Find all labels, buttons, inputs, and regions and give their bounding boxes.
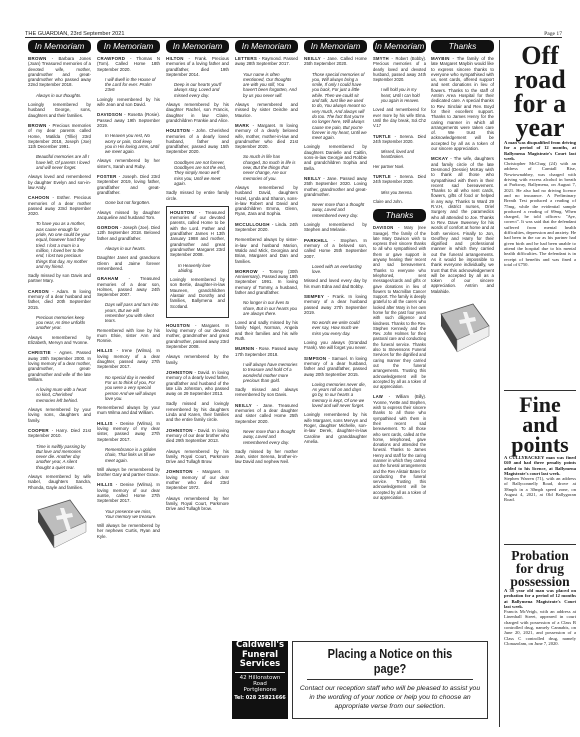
headline: Off road for a year <box>504 44 576 140</box>
notice: MARK - Margaret. In loving memory of a d… <box>235 123 298 217</box>
notice-name: MORROW <box>235 269 258 274</box>
notice-signature: Lovingly remembered by daughters Daniell… <box>304 144 367 170</box>
notice-signature: Always remembered by his daughter Rachel… <box>166 102 229 123</box>
story-lead: A CULLYBACKEY man was fined £60 and had … <box>504 455 576 476</box>
notice: CHRISTIE - Agnes. Passed away 20th Septe… <box>28 350 91 423</box>
section-banner: In Memoriam <box>166 40 229 53</box>
section-banner: Thanks <box>431 40 494 53</box>
notice-verse: Beautiful memories are all I have left, … <box>28 154 91 170</box>
column-divider <box>499 40 500 727</box>
news-story-fine-and-points: Fine and points A CULLYBACKEY man was fi… <box>504 386 576 503</box>
divider <box>504 390 576 391</box>
notice-name: HILTON <box>166 56 184 61</box>
notice: CRAWFORD - Thomas N (Tom). Called Home 1… <box>97 56 160 107</box>
notice-verse: Those special memories of you, Will alwa… <box>304 72 367 141</box>
notice-signature: Sadly missed and lovingly remembered by … <box>166 401 229 422</box>
notice-signature: Always remembered by her family, Royal C… <box>166 496 229 512</box>
ad-address: 42 Hillonstown <box>235 675 285 681</box>
section-banner: Thanks <box>373 209 426 222</box>
notice-name: COOPER <box>28 428 49 433</box>
notice-verse: Goodbyes are not forever, Goodbyes are n… <box>166 160 229 186</box>
notice-signature: Always remembered by the family. <box>166 354 229 365</box>
notice-signature: Sadly missed by son Davis and partner Ma… <box>28 273 91 284</box>
bible-icon <box>30 496 90 552</box>
notice-name: MAYBIN <box>431 56 450 61</box>
section-banner: In Memoriam <box>235 40 298 53</box>
ad-name: Services <box>232 660 288 670</box>
column-in-memoriam-2: In MemoriamCRAWFORD - Thomas N (Tom). Ca… <box>97 40 160 544</box>
divider <box>504 544 576 545</box>
notice-verse: Time is swiftly passing by But love and … <box>28 444 91 470</box>
notice-verse: Never more than a thought away, Loved an… <box>304 202 367 218</box>
notice: BROWN - Barbara Jones (Joan) Treasured m… <box>28 56 91 118</box>
notice-verse: No words we write could ever say, How mu… <box>304 320 367 336</box>
notice-name: MCKAY <box>431 156 448 161</box>
notice-name: TURTLE <box>373 134 391 139</box>
notice-verse: So much in life has changed, So much in … <box>235 154 298 180</box>
notice: LETTERS - Raymond. Passed away 28th Sept… <box>235 56 298 118</box>
notice-name: GORDON <box>97 225 119 230</box>
notice-name: SMYTH <box>373 56 389 61</box>
notice-signature: Always remembered by her sister's, Sarah… <box>97 158 160 169</box>
notice-verse: Always in our thoughts. <box>28 93 91 98</box>
notice: HOUSTON - Margaret. In loving memory of … <box>166 323 229 365</box>
notice-signature: Lovingly remembered by his wife Margaret… <box>304 412 367 444</box>
headline: Fine and points <box>504 395 576 455</box>
notice-verse: Always in our hearts. <box>97 246 160 251</box>
notice-verse: Missed, loved and heartbroken. <box>373 149 426 160</box>
notice-name: SEMPEY <box>304 294 324 299</box>
notice: GRAHAM - Treasured memories of a dear so… <box>97 276 160 343</box>
notice-signature: Loving you always (Grandad Frank). We wi… <box>304 340 367 351</box>
notice-signature: Sadly missed by her mother Jean, sister … <box>235 449 298 465</box>
notice: HOUSTON - Treasured memories of our devo… <box>166 206 229 318</box>
notice-signature: Always missed by daughter Jacqueline and… <box>97 210 160 221</box>
ad-address: Portglenone <box>235 687 285 693</box>
notice-signature: Loved and remembered for ever more by hi… <box>373 107 426 128</box>
notice: MAYBIN - The family of the late Margaret… <box>431 56 494 151</box>
story-body: Christopher McClurg (24) with an address… <box>504 161 576 267</box>
notice-name: MURNIN <box>235 346 254 351</box>
notice-verse: Loving memories never die, As years roll… <box>304 382 367 408</box>
notice: PARKHILL - Stephen. In memory of a belov… <box>304 238 367 289</box>
notice-verse: In Heaven you rest, No worry or pain, Go… <box>97 133 160 154</box>
column-in-memoriam-1: In MemoriamBROWN - Barbara Jones (Joan) … <box>28 40 91 552</box>
notice-verse: I will dwell in the House of the Lord fo… <box>97 77 160 93</box>
notice-signature: Claire and John. <box>373 199 426 204</box>
notice-name: JOHNSTON <box>166 428 193 433</box>
notice-signature: Always remembered by Elizabeth, Mervyn a… <box>28 335 91 346</box>
notice-signature: Remembered with love by his mum Elsie, s… <box>97 328 160 344</box>
notice-verse: No longer in our lives to share, But in … <box>235 300 298 316</box>
notice-name: JOHNSTON <box>166 469 193 474</box>
notice-verse: I will hold you in my heart, Until I can… <box>373 87 426 103</box>
notice-name: CRAWFORD <box>97 56 125 61</box>
notice: NEILLY - Jane. Passed away 25th Septembe… <box>304 176 367 233</box>
story-lead: A 38 year old man was placed on probatio… <box>504 588 576 609</box>
column-in-memoriam-3: In MemoriamHILTON - Frank. Precious memo… <box>166 40 229 516</box>
notice: MCCULLOUGH - Linda. 24th September 2020.… <box>235 222 298 264</box>
notice: CAHOON - Esther. Precious memories of a … <box>28 195 91 283</box>
notice-text: - Agnes. Passed away 20th September 2000… <box>28 350 91 381</box>
notice-signature: Missed and loved every day by his mum Ed… <box>304 278 367 289</box>
notice-name: NEILLY <box>304 56 321 61</box>
notice-verse: Precious memories keep you near, As time… <box>28 315 91 331</box>
notice-signature: Lovingly remembered by Stephen and Melan… <box>304 222 367 233</box>
notice: JOHNSTON - David. In loving memory of ou… <box>166 428 229 465</box>
notice-verse: Your presence we miss, Your memory we tr… <box>97 509 160 520</box>
ad-phone: Tel: 028 25821666 <box>232 695 288 701</box>
notice-signature: Sadly missed by entire family circle. <box>166 190 229 201</box>
notice-verse: Never more than a thought away, Loved an… <box>235 429 298 445</box>
notice-name: SIMPSON <box>304 356 326 361</box>
notice-verse: No special day is needed For us to think… <box>97 375 160 401</box>
notice-verse: In Heavenly love abiding. <box>170 263 225 274</box>
news-story-probation: Probation for drug possession A 38 year … <box>504 540 576 646</box>
divider <box>307 679 473 680</box>
notice-name: CARSON <box>28 289 49 294</box>
notice-signature: Will always be remembered by her nephews… <box>97 523 160 539</box>
notice-signature: Her partner Noel. <box>373 164 426 169</box>
news-story-off-road: Off road for a year A man was disqualifi… <box>504 44 576 267</box>
notice: TURTLE - Serena. Died 24th September 202… <box>373 134 426 169</box>
story-lead: A man was disqualified from driving for … <box>504 140 576 161</box>
notice: MURNIN - Rose. Passed away 17th Septembe… <box>235 346 298 397</box>
notice-name: HOUSTON <box>166 128 190 133</box>
notice-signature: Will always be remembered by brother Gar… <box>97 467 160 478</box>
notice: HILTON - Frank. Precious memories of a l… <box>166 56 229 123</box>
notice: HILLIS - Denise (Wilma). In loving memor… <box>97 421 160 478</box>
section-banner: In Memoriam <box>28 40 91 53</box>
notice-name: HOUSTON <box>166 323 190 328</box>
notice-name: PARKHILL <box>304 238 328 243</box>
notice-text: - Mary (nee Savage). The family of the l… <box>373 225 426 389</box>
column-in-memoriam-5: In MemoriamNEILLY - Jane. Called Home 25… <box>304 40 367 449</box>
notice-verse: Loved with an everlasting love. <box>304 264 367 275</box>
page-header: THE GUARDIAN, 23rd September 2021 Page 1… <box>25 26 562 38</box>
notice: CARSON - Adam. In loving memory of a dea… <box>28 289 91 346</box>
notice-signature: Remembered always by sister-in-law and h… <box>235 237 298 263</box>
notice-verse: Miss you Serena. <box>373 190 426 195</box>
notice-name: HILLIS <box>97 348 113 353</box>
notice-name: DAVIDSON <box>97 112 122 117</box>
notice-name: GRAHAM <box>97 276 119 281</box>
notice: MCKAY - The wife, daughters and family c… <box>431 156 494 294</box>
notice-signature: Remembered always by your mum Wilma and … <box>97 405 160 416</box>
notice-name: MARK <box>235 123 249 128</box>
ad-body: Contact our reception staff who will be … <box>299 684 481 711</box>
notice-text: - Treasured memories of our devoted pare… <box>170 210 225 257</box>
notice-name: NEILLY <box>235 403 252 408</box>
notice-signature: Lovingly remembered by his wife Jean and… <box>97 97 160 108</box>
ad-title: Placing a Notice on this page? <box>313 646 468 676</box>
story-body: Francis McVeigh, with an address at Line… <box>504 609 576 646</box>
notice-verse: Deep in our hearts you'll always stay, L… <box>166 82 229 98</box>
notice-verse: A loving mum with a heart so kind, Cheri… <box>28 387 91 403</box>
notice: JOHNSTON - David. In loving memory of a … <box>166 370 229 423</box>
notice-name: BROWN <box>28 123 47 128</box>
notice-signature: Always remembered by his family, Royal C… <box>166 449 229 465</box>
notice-name: CAHOON <box>28 195 49 200</box>
notice-signature: Always loved and remembered by daughter … <box>28 174 91 190</box>
notice: GORDON - Joseph (Joe). Died 12th Septemb… <box>97 225 160 271</box>
notice-name: HOUSTON <box>170 210 194 215</box>
notice: BROWN - Precious memories of my dear par… <box>28 123 91 190</box>
notice: SIMPSON - Samuel. In loving memory of a … <box>304 356 367 444</box>
notice-name: HILLIS <box>97 482 113 487</box>
notice-signature: Always remembered by wife Isabel, daught… <box>28 474 91 490</box>
notice: NEILLY - Jane. Treasured memories of a d… <box>235 403 298 465</box>
notice: NEILLY - Jane. Called Home 25th Septembe… <box>304 56 367 171</box>
notice: SEMPEY - Frank. In loving memory of a de… <box>304 294 367 351</box>
notice-name: JOHNSTON <box>166 370 193 375</box>
notice-signature: Lovingly remembered by son Bertie, daugh… <box>170 277 225 309</box>
section-banner: In Memoriam <box>97 40 160 53</box>
story-body: Stephen Warren (71), with an address of … <box>504 476 576 502</box>
notice: DAVIDSON - Rosetta (Rosie). Passed away … <box>97 112 160 169</box>
notice: JOHNSTON - Margaret. In loving memory of… <box>166 469 229 511</box>
notice-signature: Loved and sadly missed by his family Nig… <box>235 320 298 341</box>
section-banner: In Memoriam <box>304 40 367 53</box>
page-number: Page 17 <box>544 31 562 37</box>
notice-name: DAVISON <box>373 225 393 230</box>
column-in-memoriam-thanks: In MemoriamSMYTH - Robert (Bobby). Preci… <box>373 40 426 505</box>
notice-signature: Daughter Janet and grandsons Glenn and J… <box>97 255 160 271</box>
notice-signature: Always remembered by husband David, daug… <box>235 185 298 217</box>
notice-name: CHRISTIE <box>28 350 51 355</box>
notice-verse: Remembrance is a golden chain, That link… <box>97 447 160 463</box>
notice-name: LETTERS <box>235 56 257 61</box>
notice-signature: Always remembered and missed by sister D… <box>235 102 298 118</box>
notice-text: - Barbara Jones (Joan) Treasured memorie… <box>28 56 91 87</box>
notice: HILLIS - Denise (Wilma). In loving memor… <box>97 482 160 539</box>
notice-name: LAW <box>373 394 383 399</box>
thanks-notice: LAW - William (Billy). Yvonne, Yvette an… <box>373 394 426 500</box>
thanks-notice: DAVISON - Mary (nee Savage). The family … <box>373 225 426 389</box>
column-in-memoriam-4: In MemoriamLETTERS - Raymond. Passed awa… <box>235 40 298 470</box>
bible-icon <box>433 300 493 356</box>
notice-text: - The family of the late Margaret Maybin… <box>431 56 494 151</box>
headline: Probation for drug possession <box>504 549 576 588</box>
notice: COOPER - Harry. Died 21st September 2010… <box>28 428 91 490</box>
column-thanks: ThanksMAYBIN - The family of the late Ma… <box>431 40 494 356</box>
notice-name: NEILLY <box>304 176 321 181</box>
notice-name: HILLIS <box>97 421 113 426</box>
notice: MORROW - Tommy (30th Anniversary). Passe… <box>235 269 298 342</box>
publication-date: THE GUARDIAN, 23rd September 2021 <box>25 31 125 37</box>
section-banner: In Memoriam <box>373 40 426 53</box>
caldwell-funeral-ad: Caldwell's Funeral Services 42 Hillonsto… <box>232 641 288 719</box>
notice-name: MCCULLOUGH <box>235 222 270 227</box>
notice-verse: To have you as a mother, was cause enoug… <box>28 221 91 269</box>
notice-text: - The wife, daughters and family circle … <box>431 156 494 293</box>
notice: HILLIS - Irene (Wilma). In loving memory… <box>97 348 160 415</box>
notice: SMYTH - Robert (Bobby). Precious memorie… <box>373 56 426 129</box>
notice-verse: Your name is often mentioned, Our though… <box>235 72 298 98</box>
notice-signature: Lovingly remembered by husband George, s… <box>28 102 91 118</box>
notice-verse: I will always have memories to treasure … <box>235 362 298 383</box>
placing-notice-ad: Placing a Notice on this page? Contact o… <box>292 641 488 719</box>
notice-signature: Always remembered by your loving sons, d… <box>28 407 91 423</box>
notice: TURTLE - Serena. Died 24th September 202… <box>373 174 426 204</box>
notice: FOSTER - Joseph. Died 23rd September 201… <box>97 174 160 220</box>
notice-text: - William (Billy). Yvonne, Yvette and St… <box>373 394 426 500</box>
notice-verse: Days will pass and turn into years, But … <box>97 302 160 323</box>
notice-name: FOSTER <box>97 174 117 179</box>
notice: HOUSTON - John. Cherished memories of a … <box>166 128 229 201</box>
notice-signature: Sadly missed and always remembered by so… <box>235 387 298 398</box>
notice-name: TURTLE <box>373 174 391 179</box>
notice-name: BROWN <box>28 56 47 61</box>
notice-verse: Gone but not forgotten. <box>97 200 160 205</box>
